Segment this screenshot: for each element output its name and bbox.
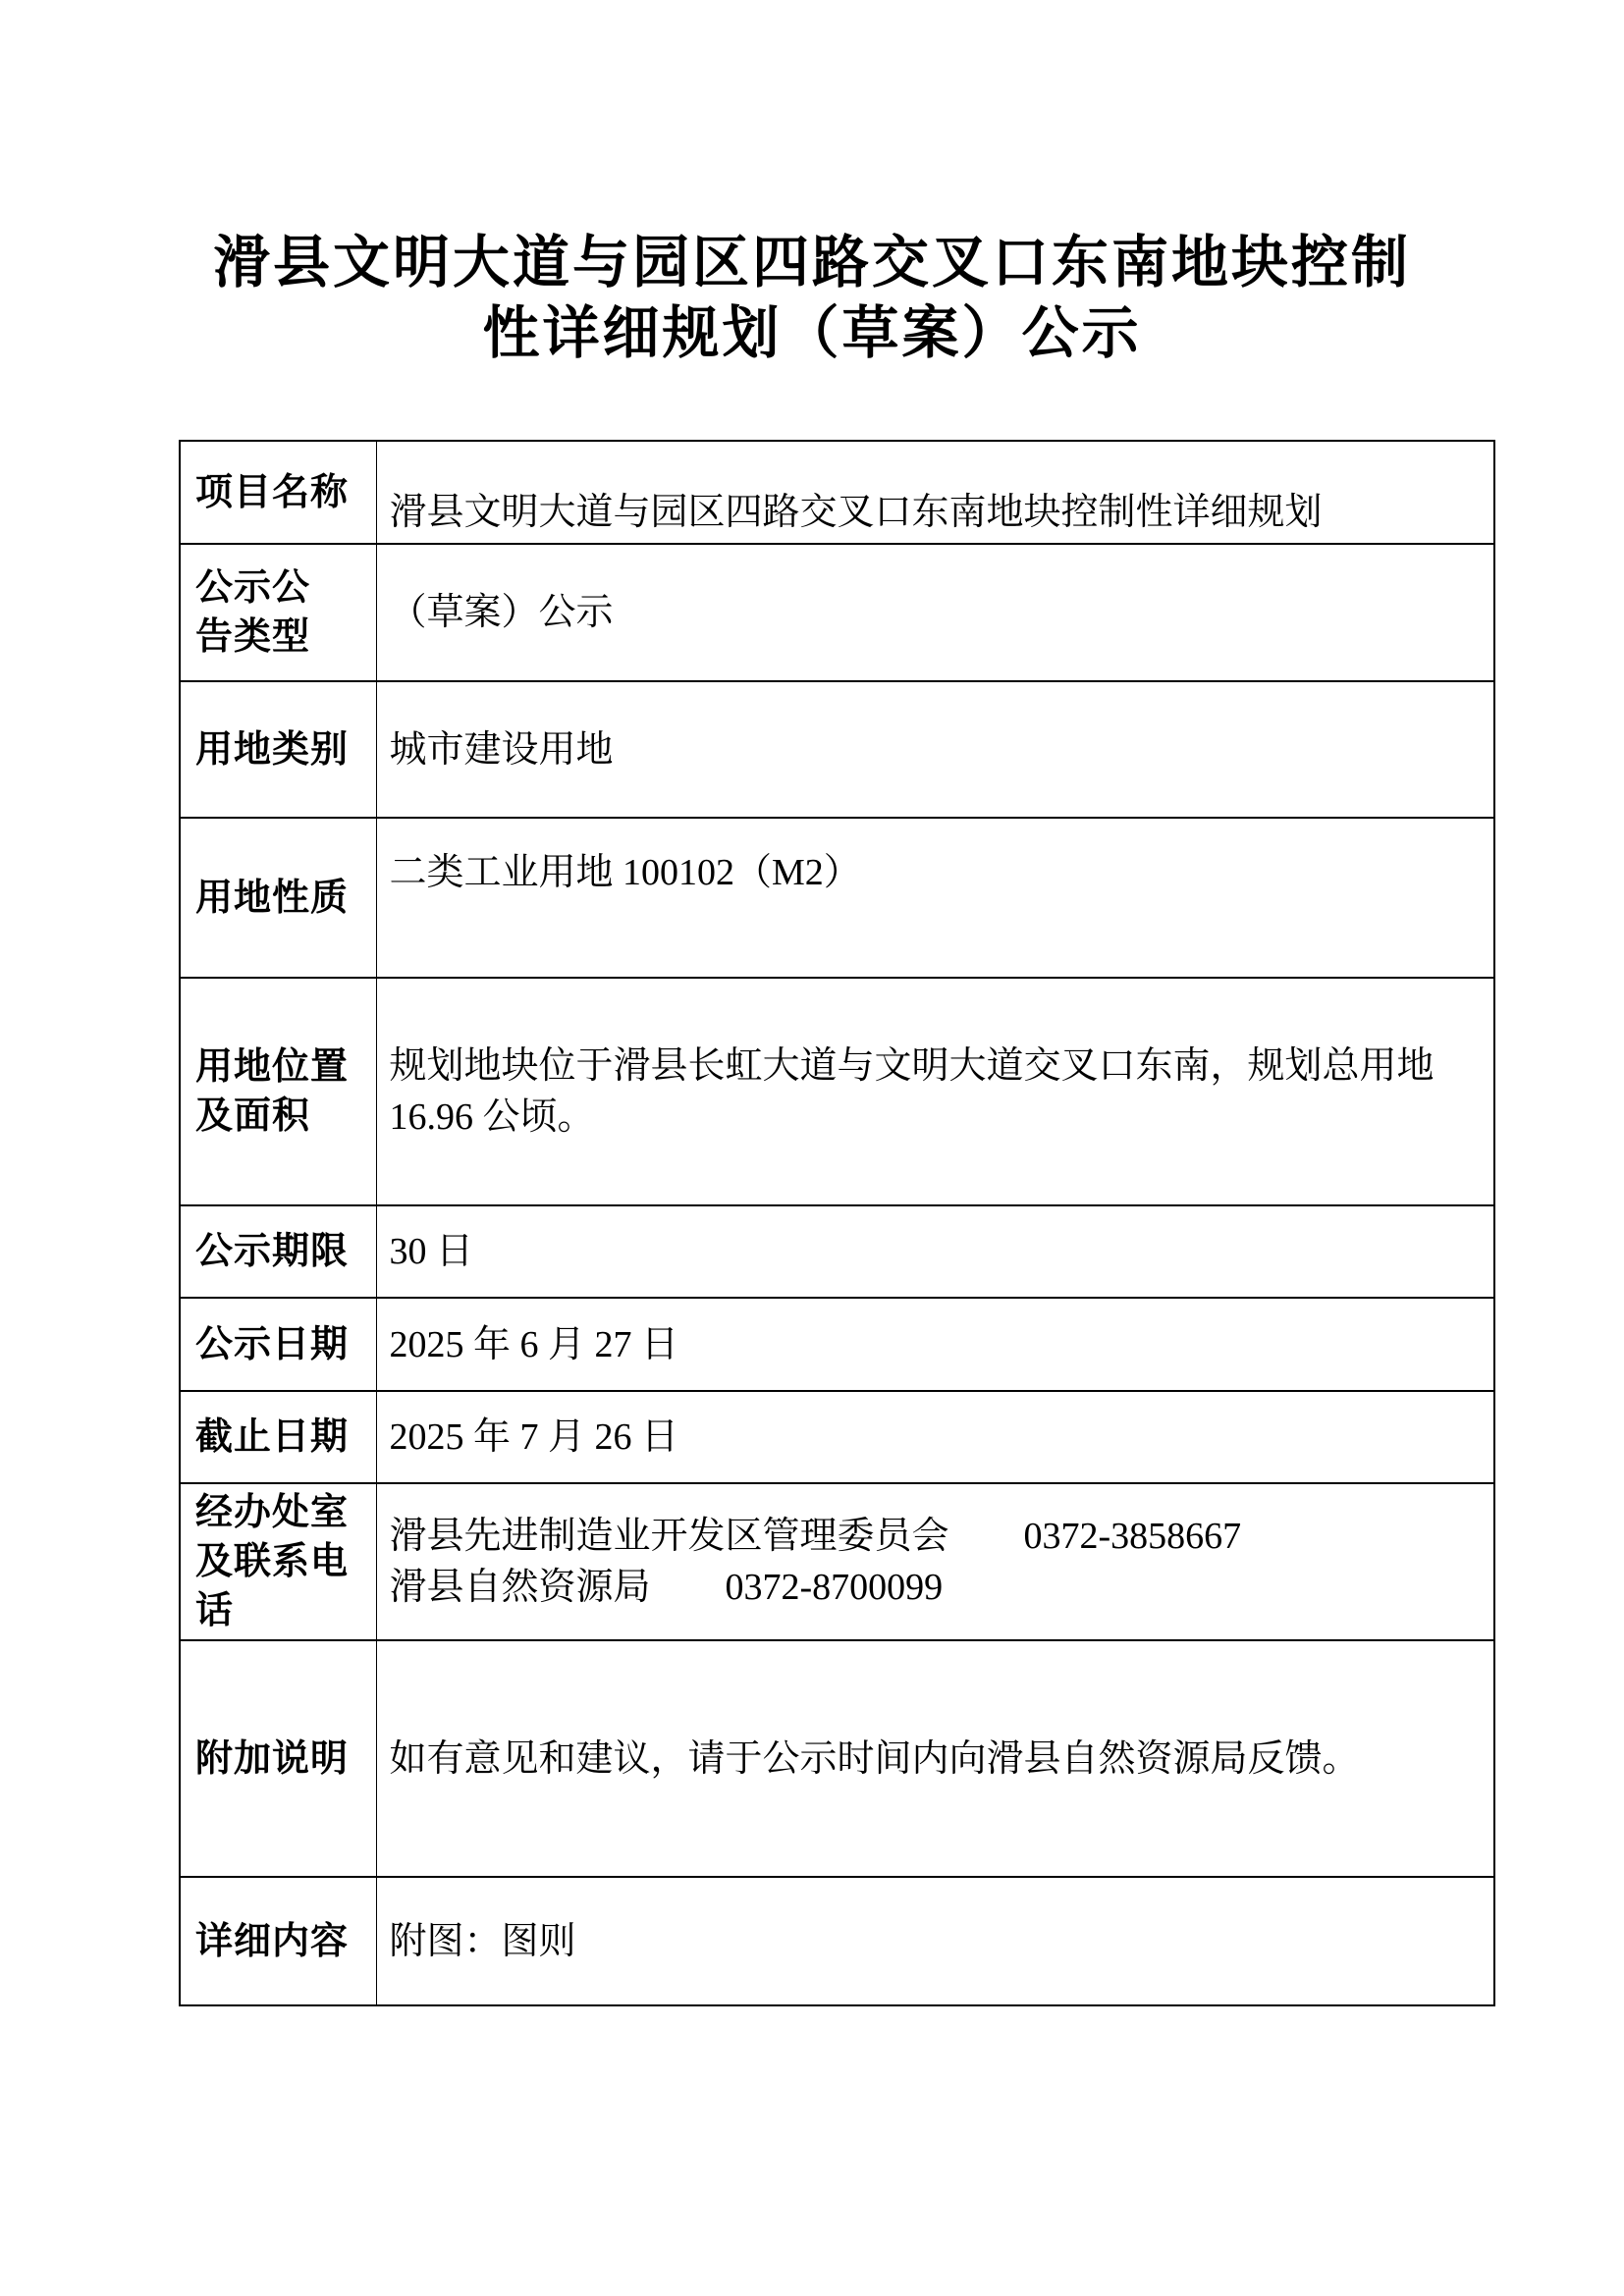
row-label: 公示公 告类型 bbox=[180, 544, 376, 681]
table-row: 用地位置 及面积 规划地块位于滑县长虹大道与文明大道交叉口东南，规划总用地 16… bbox=[180, 978, 1494, 1205]
row-label: 附加说明 bbox=[180, 1640, 376, 1877]
notice-table: 项目名称 滑县文明大道与园区四路交叉口东南地块控制性详细规划 公示公 告类型 （… bbox=[179, 440, 1495, 2006]
row-value: 2025 年 7 月 26 日 bbox=[376, 1391, 1494, 1483]
row-value: 滑县文明大道与园区四路交叉口东南地块控制性详细规划 bbox=[376, 441, 1494, 544]
row-value: 规划地块位于滑县长虹大道与文明大道交叉口东南，规划总用地 16.96 公顷。 bbox=[376, 978, 1494, 1205]
row-value: 城市建设用地 bbox=[376, 681, 1494, 818]
row-label: 用地类别 bbox=[180, 681, 376, 818]
row-value: 如有意见和建议，请于公示时间内向滑县自然资源局反馈。 bbox=[376, 1640, 1494, 1877]
table-row: 公示日期 2025 年 6 月 27 日 bbox=[180, 1298, 1494, 1391]
row-label: 项目名称 bbox=[180, 441, 376, 544]
table-row: 项目名称 滑县文明大道与园区四路交叉口东南地块控制性详细规划 bbox=[180, 441, 1494, 544]
row-value: 2025 年 6 月 27 日 bbox=[376, 1298, 1494, 1391]
row-label: 截止日期 bbox=[180, 1391, 376, 1483]
row-value: 二类工业用地 100102（M2） bbox=[376, 818, 1494, 978]
table-row: 附加说明 如有意见和建议，请于公示时间内向滑县自然资源局反馈。 bbox=[180, 1640, 1494, 1877]
table-row: 用地类别 城市建设用地 bbox=[180, 681, 1494, 818]
row-label: 公示日期 bbox=[180, 1298, 376, 1391]
table-row: 经办处室 及联系电 话 滑县先进制造业开发区管理委员会 0372-3858667… bbox=[180, 1483, 1494, 1640]
table-row: 详细内容 附图：图则 bbox=[180, 1877, 1494, 2005]
row-value: 附图：图则 bbox=[376, 1877, 1494, 2005]
row-label: 详细内容 bbox=[180, 1877, 376, 2005]
row-value: （草案）公示 bbox=[376, 544, 1494, 681]
document-title: 滑县文明大道与园区四路交叉口东南地块控制 性详细规划（草案）公示 bbox=[76, 228, 1548, 369]
row-label: 经办处室 及联系电 话 bbox=[180, 1483, 376, 1640]
row-label: 公示期限 bbox=[180, 1205, 376, 1298]
row-value: 30 日 bbox=[376, 1205, 1494, 1298]
table-row: 截止日期 2025 年 7 月 26 日 bbox=[180, 1391, 1494, 1483]
table-row: 公示公 告类型 （草案）公示 bbox=[180, 544, 1494, 681]
row-label: 用地位置 及面积 bbox=[180, 978, 376, 1205]
row-label: 用地性质 bbox=[180, 818, 376, 978]
table-row: 公示期限 30 日 bbox=[180, 1205, 1494, 1298]
table-row: 用地性质 二类工业用地 100102（M2） bbox=[180, 818, 1494, 978]
row-value: 滑县先进制造业开发区管理委员会 0372-3858667 滑县自然资源局 037… bbox=[376, 1483, 1494, 1640]
document-page: 滑县文明大道与园区四路交叉口东南地块控制 性详细规划（草案）公示 项目名称 滑县… bbox=[0, 0, 1624, 2296]
